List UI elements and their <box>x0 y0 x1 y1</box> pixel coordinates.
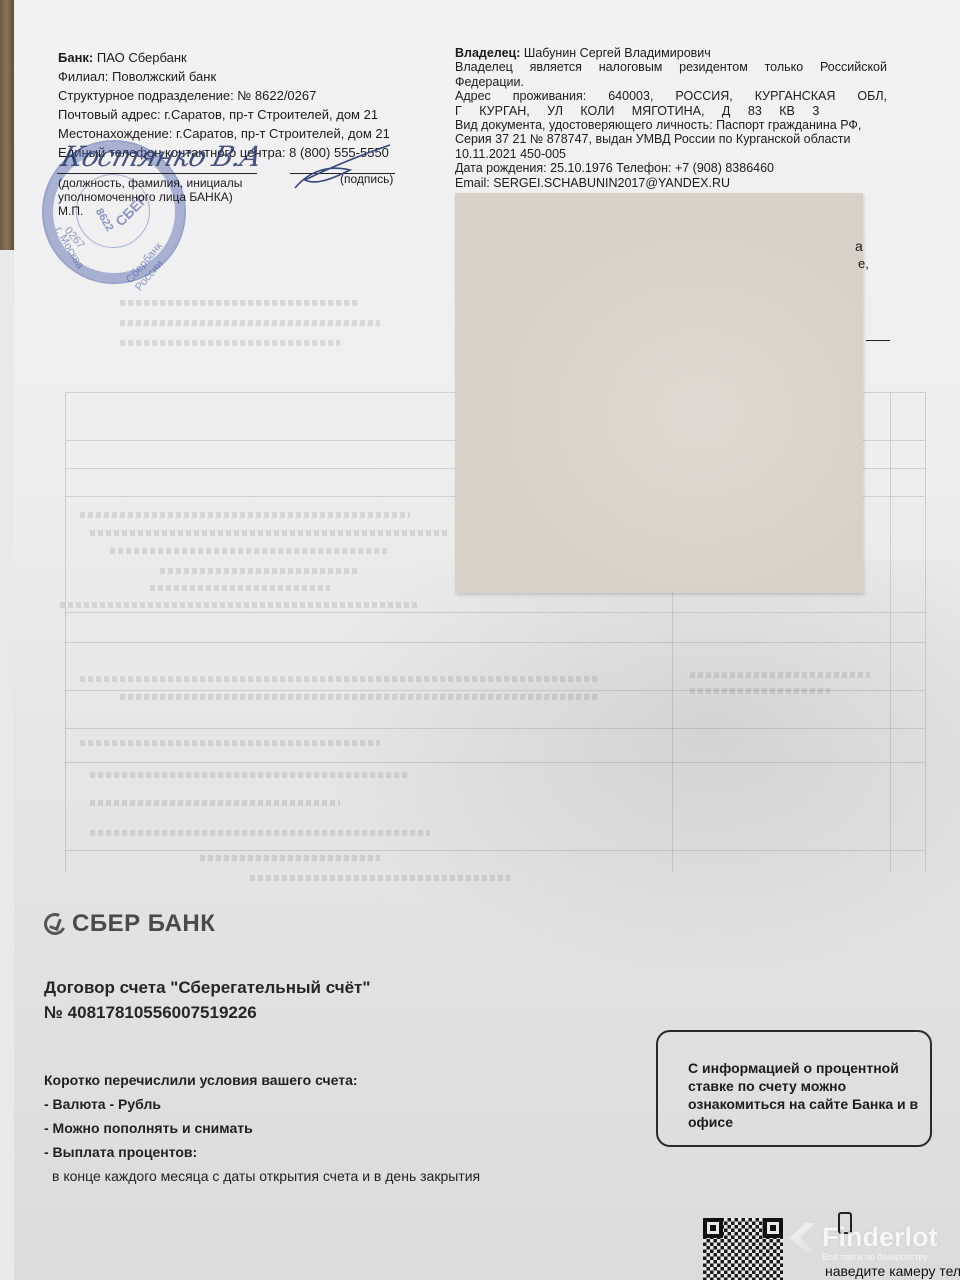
ghost-text <box>90 800 340 806</box>
sticky-note-cover <box>455 193 863 593</box>
ghost-text <box>250 875 510 881</box>
residence-address: Адрес проживания: 640003, РОССИЯ, КУРГАН… <box>455 89 887 118</box>
name-line <box>57 173 257 174</box>
role-caption-line-2: уполномоченного лица БАНКА) <box>58 190 242 204</box>
ghost-text <box>120 694 600 700</box>
account-terms: Коротко перечислили условия вашего счета… <box>44 1068 480 1188</box>
ghost-text <box>110 548 390 554</box>
ghost-text <box>80 740 380 746</box>
division-line: Структурное подразделение: № 8622/0267 <box>58 88 390 107</box>
bank-label: Банк: <box>58 50 93 65</box>
bank-value: ПАО Сбербанк <box>97 50 187 65</box>
ghost-text <box>150 585 330 591</box>
finderlot-logo-icon <box>790 1223 816 1253</box>
account-number: № 40817810556007519226 <box>44 1000 370 1025</box>
owner-label: Владелец: <box>455 46 520 60</box>
ghost-text <box>690 672 870 678</box>
qr-hint: наведите камеру телефона, чтобы <box>825 1262 960 1280</box>
tax-status: Владелец является налоговым резидентом т… <box>455 60 887 89</box>
table-surface <box>0 0 14 250</box>
qr-finder <box>703 1218 723 1238</box>
ghost-text <box>690 688 830 694</box>
shadow <box>314 560 960 980</box>
ghost-line <box>65 850 925 851</box>
birth-and-phone: Дата рождения: 25.10.1976 Телефон: +7 (9… <box>455 161 887 175</box>
partial-text-char: е, <box>858 256 869 272</box>
partial-text-char: а <box>855 238 863 254</box>
ghost-text <box>160 568 360 574</box>
ghost-text <box>80 512 410 518</box>
owner-details: Владелец: Шабунин Сергей Владимирович Вл… <box>455 46 887 190</box>
sber-logo-text: СБЕР БАНК <box>72 910 215 938</box>
ghost-text <box>200 855 380 861</box>
ghost-text <box>120 320 380 326</box>
ghost-text <box>90 830 430 836</box>
watermark-name: Finderlot <box>822 1222 938 1253</box>
term-currency: - Валюта - Рубль <box>44 1092 480 1116</box>
ghost-line <box>65 642 925 643</box>
postal-address-line: Почтовый адрес: г.Саратов, пр-т Строител… <box>58 107 390 126</box>
sber-logo: СБЕР БАНК <box>44 910 215 938</box>
ghost-text <box>80 676 600 682</box>
term-deposit-withdraw: - Можно пополнять и снимать <box>44 1116 480 1140</box>
qr-code[interactable] <box>703 1218 783 1280</box>
ghost-line <box>65 392 66 872</box>
id-document: Вид документа, удостоверяющего личность:… <box>455 118 887 161</box>
signature-caption: (подпись) <box>340 171 393 187</box>
email: Email: SERGEI.SCHABUNIN2017@YANDEX.RU <box>455 176 887 190</box>
ghost-line <box>65 612 925 613</box>
ghost-line <box>65 728 925 729</box>
authorized-person-caption: (должность, фамилия, инициалы уполномоче… <box>58 176 242 218</box>
contract-title: Договор счета "Сберегательный счёт" № 40… <box>44 975 370 1025</box>
ghost-text <box>120 300 360 306</box>
finderlot-watermark: Finderlot Все торги по банкротству <box>790 1222 938 1253</box>
owner-name: Шабунин Сергей Владимирович <box>524 46 711 60</box>
interest-info-box: С информацией о процентной ставке по сче… <box>656 1030 932 1147</box>
qr-finder <box>763 1218 783 1238</box>
terms-heading: Коротко перечислили условия вашего счета… <box>44 1068 480 1092</box>
ghost-text <box>120 340 340 346</box>
ghost-line <box>65 762 925 763</box>
ghost-text <box>60 602 420 608</box>
ghost-text <box>90 530 450 536</box>
sber-check-icon <box>41 910 69 938</box>
handwritten-name: Костянко В.А <box>58 140 266 173</box>
ghost-line <box>925 392 926 872</box>
interest-info-text: С информацией о процентной ставке по сче… <box>688 1059 928 1131</box>
partial-underline <box>866 340 890 341</box>
branch-line: Филиал: Поволжский банк <box>58 69 390 88</box>
role-caption-line-1: (должность, фамилия, инициалы <box>58 176 242 190</box>
ghost-text <box>90 772 410 778</box>
ghost-line <box>890 392 891 872</box>
contract-name: Договор счета "Сберегательный счёт" <box>44 975 370 1000</box>
seal-label: М.П. <box>58 204 242 218</box>
term-interest: - Выплата процентов: <box>44 1140 480 1164</box>
watermark-tagline: Все торги по банкротству <box>822 1252 928 1262</box>
interest-detail: в конце каждого месяца с даты открытия с… <box>44 1164 480 1188</box>
